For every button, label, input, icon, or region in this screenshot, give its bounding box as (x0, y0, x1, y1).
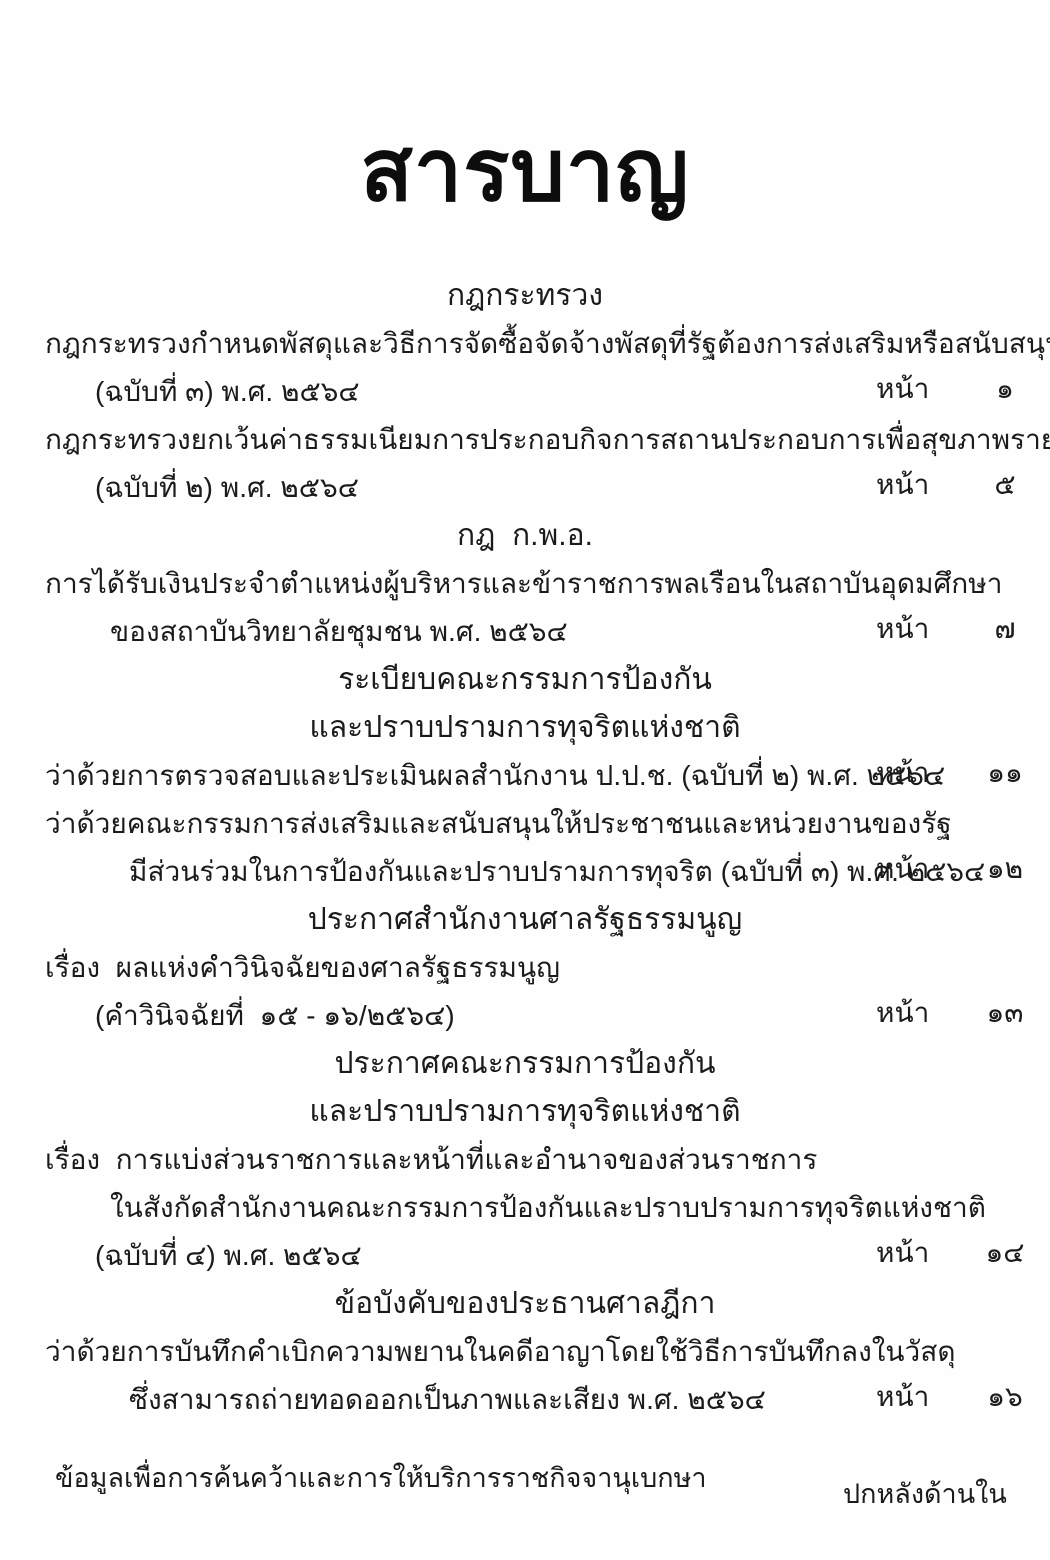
toc-text: กฎกระทรวงกำหนดพัสดุและวิธีการจัดซื้อจัดจ… (45, 328, 1050, 359)
toc-text: เรื่อง ผลแห่งคำวินิจฉัยของศาลรัฐธรรมนูญ (45, 952, 560, 983)
toc-text: ประกาศคณะกรรมการป้องกัน (334, 1047, 715, 1080)
page-column-label: หน้า (876, 1229, 929, 1277)
toc-text: การได้รับเงินประจำตำแหน่งผู้บริหารและข้า… (45, 568, 1002, 599)
toc-entry-line: กฎกระทรวงกำหนดพัสดุและวิธีการจัดซื้อจัดจ… (0, 320, 1050, 368)
toc-entry-line: ว่าด้วยคณะกรรมการส่งเสริมและสนับสนุนให้ป… (0, 800, 1050, 848)
toc-entry-line: ว่าด้วยการตรวจสอบและประเมินผลสำนักงาน ป.… (0, 752, 1050, 800)
toc-text: ว่าด้วยการตรวจสอบและประเมินผลสำนักงาน ป.… (45, 760, 945, 791)
page-column-label: หน้า (876, 365, 929, 413)
toc-text: มีส่วนร่วมในการป้องกันและปราบปรามการทุจร… (129, 856, 985, 887)
toc-entry-line: ของสถาบันวิทยาลัยชุมชน พ.ศ. ๒๕๖๔หน้า๗ (0, 608, 1050, 656)
toc-list: กฎกระทรวงกฎกระทรวงกำหนดพัสดุและวิธีการจั… (0, 272, 1050, 1424)
toc-text: กฎกระทรวง (447, 279, 603, 312)
toc-text: (ฉบับที่ ๒) พ.ศ. ๒๕๖๔ (95, 472, 359, 503)
toc-text: (คำวินิจฉัยที่ ๑๕ - ๑๖/๒๕๖๔) (95, 1000, 455, 1031)
page-number: ๑ (950, 365, 1050, 413)
toc-entry-line: (ฉบับที่ ๓) พ.ศ. ๒๕๖๔หน้า๑ (0, 368, 1050, 416)
toc-section-heading: กฎกระทรวง (0, 272, 1050, 320)
page-number: ๑๒ (950, 845, 1050, 893)
toc-text: (ฉบับที่ ๔) พ.ศ. ๒๕๖๔ (95, 1240, 362, 1271)
toc-entry-line: มีส่วนร่วมในการป้องกันและปราบปรามการทุจร… (0, 848, 1050, 896)
toc-section-heading: ประกาศสำนักงานศาลรัฐธรรมนูญ (0, 896, 1050, 944)
toc-section-heading: ข้อบังคับของประธานศาลฎีกา (0, 1280, 1050, 1328)
toc-text: และปราบปรามการทุจริตแห่งชาติ (309, 711, 740, 744)
toc-entry-line: (ฉบับที่ ๒) พ.ศ. ๒๕๖๔หน้า๕ (0, 464, 1050, 512)
footer-page-location: ปกหลังด้านใน (843, 1474, 1007, 1514)
toc-text: ของสถาบันวิทยาลัยชุมชน พ.ศ. ๒๕๖๔ (110, 616, 568, 647)
gazette-toc-page: สารบาญ กฎกระทรวงกฎกระทรวงกำหนดพัสดุและวิ… (0, 0, 1050, 1560)
toc-entry-line: การได้รับเงินประจำตำแหน่งผู้บริหารและข้า… (0, 560, 1050, 608)
toc-text: ว่าด้วยการบันทึกคำเบิกความพยานในคดีอาญาโ… (45, 1336, 956, 1367)
toc-section-heading: ประกาศคณะกรรมการป้องกัน (0, 1040, 1050, 1088)
toc-entry-line: (ฉบับที่ ๔) พ.ศ. ๒๕๖๔หน้า๑๔ (0, 1232, 1050, 1280)
page-number: ๑๖ (950, 1373, 1050, 1421)
toc-text: ว่าด้วยคณะกรรมการส่งเสริมและสนับสนุนให้ป… (45, 808, 952, 839)
toc-entry-line: ในสังกัดสำนักงานคณะกรรมการป้องกันและปราบ… (0, 1184, 1050, 1232)
toc-entry-line: ซึ่งสามารถถ่ายทอดออกเป็นภาพและเสียง พ.ศ.… (0, 1376, 1050, 1424)
toc-entry-line: (คำวินิจฉัยที่ ๑๕ - ๑๖/๒๕๖๔)หน้า๑๓ (0, 992, 1050, 1040)
page-column-label: หน้า (876, 605, 929, 653)
toc-text: ในสังกัดสำนักงานคณะกรรมการป้องกันและปราบ… (110, 1192, 986, 1223)
page-number: ๑๑ (950, 749, 1050, 797)
toc-text: กฎ ก.พ.อ. (457, 519, 593, 552)
page-column-label: หน้า (876, 1373, 929, 1421)
page-number: ๑๓ (950, 989, 1050, 1037)
toc-text: ประกาศสำนักงานศาลรัฐธรรมนูญ (308, 903, 742, 936)
toc-text: กฎกระทรวงยกเว้นค่าธรรมเนียมการประกอบกิจก… (45, 424, 1050, 455)
page-number: ๕ (950, 461, 1050, 509)
toc-section-heading: กฎ ก.พ.อ. (0, 512, 1050, 560)
toc-section-heading: ระเบียบคณะกรรมการป้องกัน (0, 656, 1050, 704)
toc-entry-line: ว่าด้วยการบันทึกคำเบิกความพยานในคดีอาญาโ… (0, 1328, 1050, 1376)
toc-entry-line: เรื่อง ผลแห่งคำวินิจฉัยของศาลรัฐธรรมนูญ (0, 944, 1050, 992)
toc-text: ระเบียบคณะกรรมการป้องกัน (338, 663, 712, 696)
page-column-label: หน้า (876, 989, 929, 1037)
toc-text: ข้อบังคับของประธานศาลฎีกา (335, 1287, 716, 1320)
page-column-label: หน้า (876, 461, 929, 509)
toc-text: (ฉบับที่ ๓) พ.ศ. ๒๕๖๔ (95, 376, 360, 407)
page-number: ๗ (950, 605, 1050, 653)
toc-section-heading: และปราบปรามการทุจริตแห่งชาติ (0, 704, 1050, 752)
page-column-label: หน้า (876, 749, 929, 797)
footer-note: ข้อมูลเพื่อการค้นคว้าและการให้บริการราชก… (55, 1458, 707, 1498)
toc-text: เรื่อง การแบ่งส่วนราชการและหน้าที่และอำน… (45, 1144, 817, 1175)
page-title: สารบาญ (0, 122, 1050, 221)
page-number: ๑๔ (950, 1229, 1050, 1277)
page-column-label: หน้า (876, 845, 929, 893)
toc-entry-line: กฎกระทรวงยกเว้นค่าธรรมเนียมการประกอบกิจก… (0, 416, 1050, 464)
toc-text: และปราบปรามการทุจริตแห่งชาติ (309, 1095, 740, 1128)
toc-section-heading: และปราบปรามการทุจริตแห่งชาติ (0, 1088, 1050, 1136)
toc-entry-line: เรื่อง การแบ่งส่วนราชการและหน้าที่และอำน… (0, 1136, 1050, 1184)
toc-text: ซึ่งสามารถถ่ายทอดออกเป็นภาพและเสียง พ.ศ.… (129, 1384, 766, 1415)
